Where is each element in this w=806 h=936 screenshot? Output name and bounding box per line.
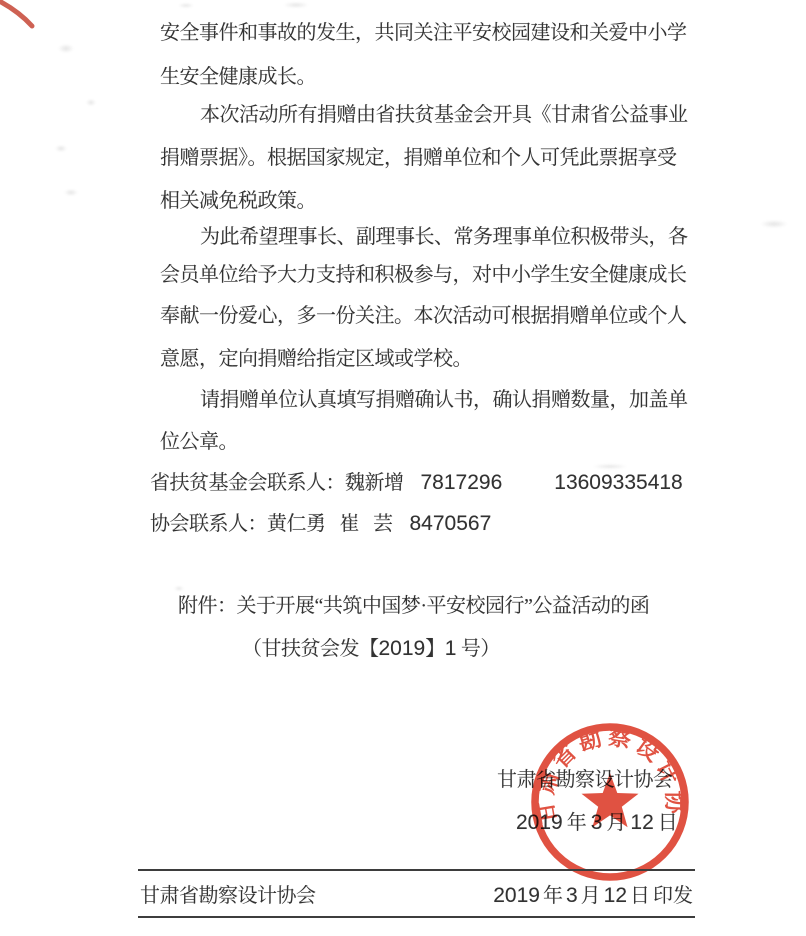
contact-name: 芸 (373, 513, 393, 535)
body-line: 会员单位给予大力支持和积极参与，对中小学生安全健康成长 (160, 262, 687, 288)
contact-phone: 8470567 (410, 512, 492, 535)
scan-artifact (760, 220, 788, 228)
body-line: 意愿，定向捐赠给指定区域或学校。 (160, 346, 472, 372)
document-page: 安全事件和事故的发生，共同关注平安校园建设和关爱中小学 生安全健康成长。 本次活… (0, 0, 806, 936)
contact-label: 协会联系人：黄仁勇 (150, 513, 326, 535)
scan-artifact (283, 2, 309, 8)
scan-artifact (174, 586, 184, 591)
body-line: 奉献一份爱心，多一份关注。本次活动可根据捐赠单位或个人 (160, 303, 687, 329)
contact-line-association: 协会联系人：黄仁勇崔芸8470567 (150, 511, 491, 537)
contact-line-foundation: 省扶贫基金会联系人：魏新增781729613609335418 (150, 470, 683, 496)
attachment-line: 附件：关于开展“共筑中国梦·平安校园行”公益活动的函 (178, 593, 649, 619)
scan-artifact (58, 44, 74, 53)
document-footer: 甘肃省勘察设计协会 2019年3月12日印发 (138, 869, 695, 918)
body-line: 请捐赠单位认真填写捐赠确认书，确认捐赠数量，加盖单 (160, 387, 688, 413)
body-line: 安全事件和事故的发生，共同关注平安校园建设和关爱中小学 (160, 20, 687, 46)
footer-print-date: 2019年3月12日印发 (493, 879, 693, 908)
star-icon (582, 773, 639, 827)
scan-artifact (64, 189, 78, 196)
scan-artifact (178, 3, 194, 8)
contact-label: 省扶贫基金会联系人：魏新增 (150, 472, 404, 494)
attachment-ref-number: （甘扶贫会发【2019】1 号） (242, 636, 500, 662)
body-line: 相关减免税政策。 (160, 188, 316, 214)
red-corner-mark (0, 0, 42, 34)
body-line: 位公章。 (160, 429, 238, 455)
body-line: 生安全健康成长。 (160, 64, 316, 90)
body-line: 捐赠票据》。根据国家规定，捐赠单位和个人可凭此票据享受 (160, 145, 677, 171)
footer-organization: 甘肃省勘察设计协会 (140, 879, 316, 908)
body-line: 本次活动所有捐赠由省扶贫基金会开具《甘肃省公益事业 (160, 102, 688, 128)
body-line: 为此希望理事长、副理事长、常务理事单位积极带头，各 (160, 224, 688, 250)
scan-artifact (592, 464, 628, 469)
scan-artifact (55, 145, 67, 152)
official-seal: 甘肃省勘察设计协会 (527, 719, 693, 885)
contact-phone: 7817296 (421, 471, 503, 494)
contact-name: 崔 (340, 513, 360, 535)
scan-artifact (86, 99, 96, 106)
contact-mobile: 13609335418 (554, 471, 682, 494)
